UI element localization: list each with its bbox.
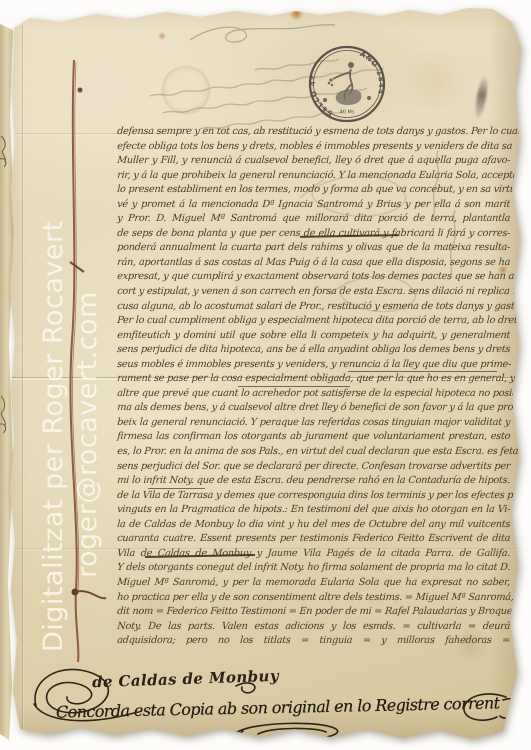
watermark-credit-line: Digitalitzat per Roger Rocavert — [37, 220, 71, 652]
scanned-document: SELLO 4º AÑO 1844 40 Ms defensa sempre y — [0, 0, 531, 750]
watermark-email-line: roger@rocavert.com — [71, 291, 105, 578]
